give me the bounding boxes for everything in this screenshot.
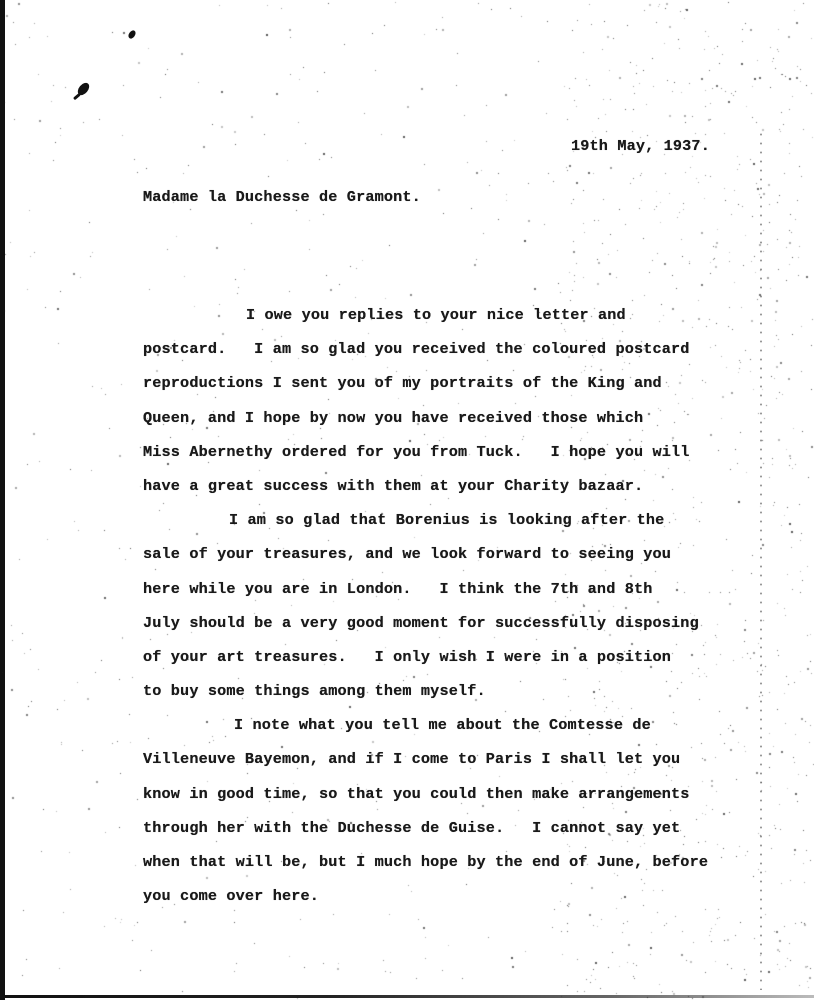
scan-left-edge — [0, 0, 5, 1000]
letter-line: I owe you replies to your nice letter an… — [143, 305, 783, 339]
letter-line: sale of your treasures, and we look forw… — [143, 544, 783, 578]
ink-blot — [127, 29, 137, 40]
letter-line: I note what you tell me about the Comtes… — [143, 715, 783, 749]
letter-line: Villeneuve Bayemon, and if I come to Par… — [143, 749, 783, 783]
letter-line: of your art treasures. I only wish I wer… — [143, 647, 783, 681]
scan-bottom-edge — [0, 995, 814, 998]
letter-line: reproductions I sent you of my portraits… — [143, 373, 783, 407]
letter-line: here while you are in London. I think th… — [143, 579, 783, 613]
letter-line: when that will be, but I much hope by th… — [143, 852, 783, 886]
letter-line: you come over here. — [143, 886, 783, 920]
letter-line: to buy some things among them myself. — [143, 681, 783, 715]
letter-date: 19th May, 1937. — [571, 137, 710, 155]
letter-line: know in good time, so that you could the… — [143, 784, 783, 818]
letter-line: through her with the Duchesse de Guise. … — [143, 818, 783, 852]
letter-body: I owe you replies to your nice letter an… — [143, 305, 783, 920]
letter-line: Queen, and I hope by now you have receiv… — [143, 408, 783, 442]
ink-blot — [73, 93, 81, 100]
letter-line: Miss Abernethy ordered for you from Tuck… — [143, 442, 783, 476]
letter-page: 19th May, 1937. Madame la Duchesse de Gr… — [0, 0, 814, 1000]
letter-line: postcard. I am so glad you received the … — [143, 339, 783, 373]
letter-recipient: Madame la Duchesse de Gramont. — [143, 188, 421, 206]
letter-line: I am so glad that Borenius is looking af… — [143, 510, 783, 544]
letter-line: July should be a very good moment for su… — [143, 613, 783, 647]
letter-line: have a great success with them at your C… — [143, 476, 783, 510]
